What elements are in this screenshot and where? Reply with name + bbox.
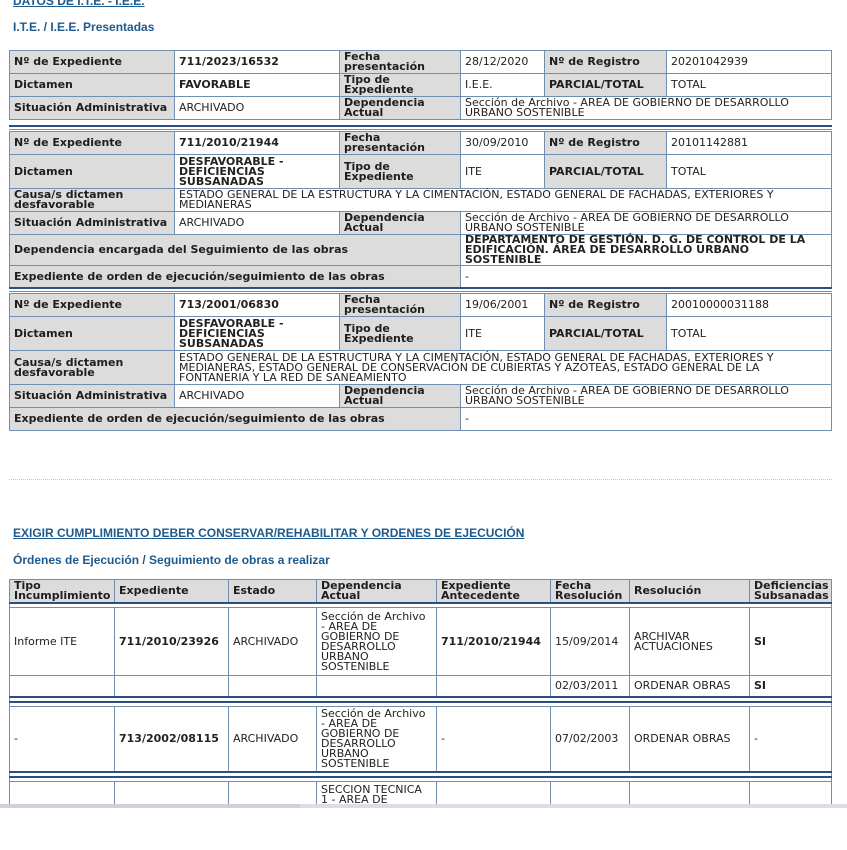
label-causa: Causa/s dictamen desfavorable <box>10 351 175 385</box>
label-registro: Nº de Registro <box>545 132 667 155</box>
dependencia-value: Sección de Archivo - AREA DE GOBIERNO DE… <box>461 385 832 408</box>
registro-value: 20201042939 <box>667 51 832 74</box>
tipo-value: ITE <box>461 317 545 351</box>
cell-fecha: 02/03/2011 <box>551 676 630 697</box>
table-row: Informe ITE 711/2010/23926 ARCHIVADO Sec… <box>10 608 832 676</box>
label-situacion: Situación Administrativa <box>10 212 175 235</box>
cell-tipo: Informe ITE <box>10 608 115 676</box>
cell-dependencia: Sección de Archivo - AREA DE GOBIERNO DE… <box>317 706 437 772</box>
ordenes-table: Tipo Incumplimiento Expediente Estado De… <box>9 579 832 806</box>
cell-tipo: - <box>10 706 115 772</box>
label-dependencia: Dependencia Actual <box>340 97 461 120</box>
dictamen-value: DESFAVORABLE - DEFICIENCIAS SUBSANADAS <box>175 155 340 189</box>
label-exp-orden: Expediente de orden de ejecución/seguimi… <box>10 408 461 431</box>
dependencia-value: Sección de Archivo - AREA DE GOBIERNO DE… <box>461 97 832 120</box>
label-dictamen: Dictamen <box>10 155 175 189</box>
label-parcial: PARCIAL/TOTAL <box>545 317 667 351</box>
cell-subsanadas <box>750 782 832 807</box>
parcial-value: TOTAL <box>667 74 832 97</box>
col-subsanadas: Deficiencias Subsanadas <box>750 580 832 604</box>
ite-record-table: Nº de Expediente 711/2023/16532 Fecha pr… <box>9 50 832 120</box>
fecha-value: 28/12/2020 <box>461 51 545 74</box>
cell-expediente <box>115 676 229 697</box>
cell-resolucion: ORDENAR OBRAS <box>630 676 750 697</box>
dep-seguimiento-value: DEPARTAMENTO DE GESTIÓN. D. G. DE CONTRO… <box>461 235 832 266</box>
cell-dependencia: SECCION TECNICA 1 - AREA DE <box>317 782 437 807</box>
registro-value: 20010000031188 <box>667 294 832 317</box>
cell-expediente <box>115 782 229 807</box>
table-row: 02/03/2011 ORDENAR OBRAS SI <box>10 676 832 697</box>
cell-fecha <box>551 782 630 807</box>
label-tipo: Tipo de Expediente <box>340 317 461 351</box>
cell-antecedente <box>437 782 551 807</box>
causa-value: ESTADO GENERAL DE LA ESTRUCTURA Y LA CIM… <box>175 189 832 212</box>
expediente-value: 711/2010/21944 <box>175 132 340 155</box>
cell-resolucion <box>630 782 750 807</box>
page-content: DATOS DE I.T.E. - I.E.E. I.T.E. / I.E.E.… <box>0 0 847 806</box>
cell-estado: ARCHIVADO <box>229 706 317 772</box>
cell-expediente: 711/2010/23926 <box>115 608 229 676</box>
ite-subtitle: I.T.E. / I.E.E. Presentadas <box>13 20 154 34</box>
exp-orden-value: - <box>461 266 832 289</box>
col-resolucion: Resolución <box>630 580 750 604</box>
table-header-row: Tipo Incumplimiento Expediente Estado De… <box>10 580 832 604</box>
cell-subsanadas: SI <box>750 676 832 697</box>
cell-antecedente: - <box>437 706 551 772</box>
label-fecha: Fecha presentación <box>340 51 461 74</box>
label-expediente: Nº de Expediente <box>10 294 175 317</box>
parcial-value: TOTAL <box>667 155 832 189</box>
cell-fecha: 15/09/2014 <box>551 608 630 676</box>
ite-record-table: Nº de Expediente 711/2010/21944 Fecha pr… <box>9 131 832 289</box>
label-dictamen: Dictamen <box>10 317 175 351</box>
label-fecha: Fecha presentación <box>340 132 461 155</box>
expediente-value: 711/2023/16532 <box>175 51 340 74</box>
label-tipo: Tipo de Expediente <box>340 74 461 97</box>
label-tipo: Tipo de Expediente <box>340 155 461 189</box>
registro-value: 20101142881 <box>667 132 832 155</box>
dictamen-value: FAVORABLE <box>175 74 340 97</box>
cell-dependencia: Sección de Archivo - AREA DE GOBIERNO DE… <box>317 608 437 676</box>
label-expediente: Nº de Expediente <box>10 132 175 155</box>
fecha-value: 30/09/2010 <box>461 132 545 155</box>
cell-antecedente: 711/2010/21944 <box>437 608 551 676</box>
label-fecha: Fecha presentación <box>340 294 461 317</box>
label-situacion: Situación Administrativa <box>10 97 175 120</box>
cell-dependencia <box>317 676 437 697</box>
label-exp-orden: Expediente de orden de ejecución/seguimi… <box>10 266 461 289</box>
label-dictamen: Dictamen <box>10 74 175 97</box>
ordenes-section-link[interactable]: EXIGIR CUMPLIMIENTO DEBER CONSERVAR/REHA… <box>13 526 524 540</box>
record-separator <box>9 125 832 127</box>
dotted-divider <box>9 479 832 480</box>
cell-tipo <box>10 782 115 807</box>
label-expediente: Nº de Expediente <box>10 51 175 74</box>
tipo-value: I.E.E. <box>461 74 545 97</box>
ite-section-link[interactable]: DATOS DE I.T.E. - I.E.E. <box>13 0 145 8</box>
situacion-value: ARCHIVADO <box>175 212 340 235</box>
record-separator <box>9 287 832 289</box>
expediente-value: 713/2001/06830 <box>175 294 340 317</box>
label-dependencia: Dependencia Actual <box>340 212 461 235</box>
record-separator-thin <box>9 291 832 292</box>
cell-tipo <box>10 676 115 697</box>
cell-estado <box>229 676 317 697</box>
col-expediente: Expediente <box>115 580 229 604</box>
col-antecedente: Expediente Antecedente <box>437 580 551 604</box>
record-separator-thin <box>9 129 832 130</box>
horizontal-scrollbar[interactable] <box>0 804 847 808</box>
scrollbar-thumb[interactable] <box>0 804 300 808</box>
table-row: . SECCION TECNICA 1 - AREA DE <box>10 782 832 807</box>
dictamen-value: DESFAVORABLE - DEFICIENCIAS SUBSANADAS <box>175 317 340 351</box>
label-registro: Nº de Registro <box>545 51 667 74</box>
cell-subsanadas: SI <box>750 608 832 676</box>
cell-estado: ARCHIVADO <box>229 608 317 676</box>
situacion-value: ARCHIVADO <box>175 385 340 408</box>
causa-value: ESTADO GENERAL DE LA ESTRUCTURA Y LA CIM… <box>175 351 832 385</box>
fecha-value: 19/06/2001 <box>461 294 545 317</box>
exp-orden-value: - <box>461 408 832 431</box>
label-causa: Causa/s dictamen desfavorable <box>10 189 175 212</box>
dependencia-value: Sección de Archivo - AREA DE GOBIERNO DE… <box>461 212 832 235</box>
situacion-value: ARCHIVADO <box>175 97 340 120</box>
col-estado: Estado <box>229 580 317 604</box>
table-row: - 713/2002/08115 ARCHIVADO Sección de Ar… <box>10 706 832 772</box>
cell-resolucion: ARCHIVAR ACTUACIONES <box>630 608 750 676</box>
label-dep-seguimiento: Dependencia encargada del Seguimiento de… <box>10 235 461 266</box>
cell-expediente: 713/2002/08115 <box>115 706 229 772</box>
cell-estado: . <box>229 782 317 807</box>
label-registro: Nº de Registro <box>545 294 667 317</box>
label-situacion: Situación Administrativa <box>10 385 175 408</box>
ite-record-table: Nº de Expediente 713/2001/06830 Fecha pr… <box>9 293 832 431</box>
cell-resolucion: ORDENAR OBRAS <box>630 706 750 772</box>
cell-subsanadas: - <box>750 706 832 772</box>
label-dependencia: Dependencia Actual <box>340 385 461 408</box>
ordenes-subtitle: Órdenes de Ejecución / Seguimiento de ob… <box>13 553 330 567</box>
col-fecha: Fecha Resolución <box>551 580 630 604</box>
label-parcial: PARCIAL/TOTAL <box>545 74 667 97</box>
cell-fecha: 07/02/2003 <box>551 706 630 772</box>
label-parcial: PARCIAL/TOTAL <box>545 155 667 189</box>
col-tipo: Tipo Incumplimiento <box>10 580 115 604</box>
cell-antecedente <box>437 676 551 697</box>
col-dependencia: Dependencia Actual <box>317 580 437 604</box>
tipo-value: ITE <box>461 155 545 189</box>
parcial-value: TOTAL <box>667 317 832 351</box>
